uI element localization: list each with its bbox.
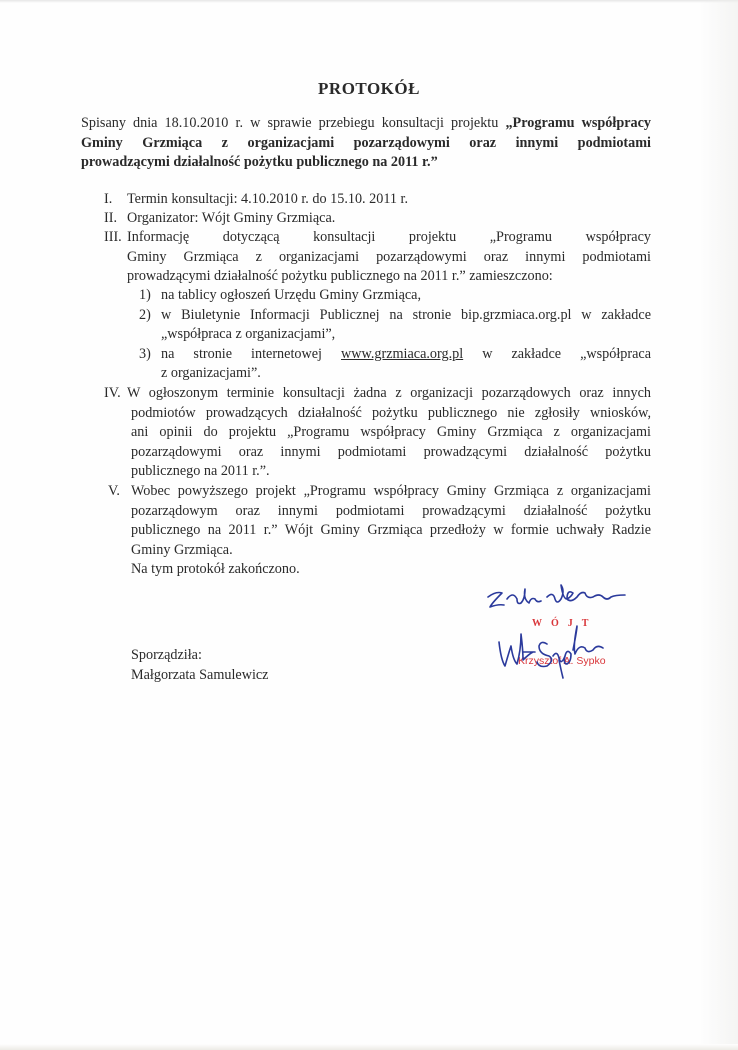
section-ii: II. Organizator: Wójt Gminy Grzmiąca. — [104, 209, 664, 229]
document-title: PROTOKÓŁ — [0, 79, 738, 99]
intro-line: Spisany dnia 18.10.2010 r. w sprawie prz… — [81, 114, 651, 134]
section-v: V. Wobec powyższego projekt „Programu ws… — [104, 482, 664, 582]
scan-right-shadow — [698, 0, 738, 1050]
section-i: I. Termin konsultacji: 4.10.2010 r. do 1… — [104, 190, 664, 210]
scan-top-edge — [0, 0, 738, 3]
list-item: 3) na stronie internetowej www.grzmiaca.… — [139, 345, 651, 384]
section-numeral: II. — [104, 209, 117, 229]
publication-list: 1) na tablicy ogłoszeń Urzędu Gminy Grzm… — [139, 286, 651, 384]
signature-icon — [495, 620, 615, 680]
section-text: W ogłoszonym terminie konsultacji żadna … — [127, 384, 651, 482]
section-text: Informację dotyczącą konsultacji projekt… — [127, 228, 651, 287]
section-numeral: V. — [108, 482, 120, 502]
section-text: Wobec powyższego projekt „Programu współ… — [131, 482, 651, 580]
section-iv: IV. W ogłoszonym terminie konsultacji ża… — [104, 384, 664, 484]
section-numeral: III. — [104, 228, 122, 248]
prepared-by-name: Małgorzata Samulewicz — [131, 666, 268, 686]
list-item: 1) na tablicy ogłoszeń Urzędu Gminy Grzm… — [139, 286, 651, 306]
section-text: Termin konsultacji: 4.10.2010 r. do 15.1… — [127, 190, 408, 210]
list-item: 2) w Biuletynie Informacji Publicznej na… — [139, 306, 651, 345]
document-page: PROTOKÓŁ Spisany dnia 18.10.2010 r. w sp… — [0, 0, 738, 1050]
prepared-by-label: Sporządziła: — [131, 646, 268, 666]
website-link[interactable]: www.grzmiaca.org.pl — [341, 346, 463, 362]
intro-line: Gminy Grzmiąca z organizacjami pozarządo… — [81, 134, 651, 154]
handwritten-approval-icon — [485, 575, 650, 615]
section-text: Organizator: Wójt Gminy Grzmiąca. — [127, 209, 335, 229]
intro-line: prowadzącymi działalność pożytku publicz… — [81, 153, 651, 173]
intro-paragraph: Spisany dnia 18.10.2010 r. w sprawie prz… — [81, 114, 651, 173]
scan-bottom-edge — [0, 1044, 738, 1050]
prepared-by: Sporządziła: Małgorzata Samulewicz — [131, 646, 268, 685]
section-numeral: IV. — [104, 384, 121, 404]
section-iii: III. Informację dotyczącą konsultacji pr… — [104, 228, 664, 378]
section-numeral: I. — [104, 190, 112, 210]
